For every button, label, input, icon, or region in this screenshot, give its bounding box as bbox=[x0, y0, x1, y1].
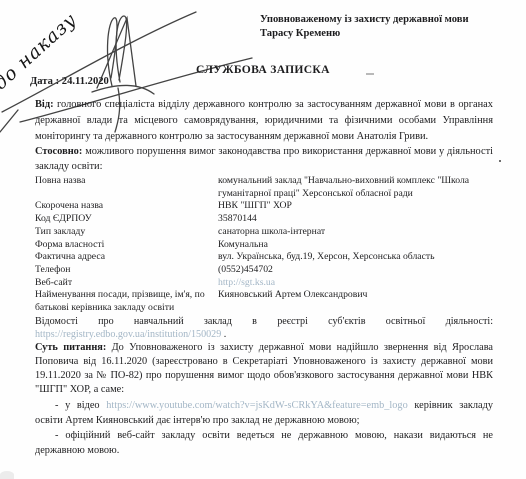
registry-text: Відомості про навчальний заклад в реєстр… bbox=[35, 316, 493, 327]
table-value: Кияновський Артем Олександрович bbox=[218, 289, 493, 314]
signature-stroke bbox=[116, 16, 126, 82]
registry-suffix: . bbox=[221, 329, 226, 340]
addressee-line: Тарасу Кременю bbox=[260, 27, 522, 41]
signature-stroke bbox=[108, 18, 117, 86]
date-line: Дата : 24.11.2020 bbox=[30, 76, 109, 87]
table-value: вул. Українська, буд.19, Херсон, Херсонс… bbox=[218, 251, 493, 264]
scan-speck bbox=[366, 73, 374, 75]
registry-link[interactable]: https://registry.edbo.gov.ua/institution… bbox=[35, 329, 221, 340]
table-value: санаторна школа-інтернат bbox=[218, 226, 493, 239]
strike-line bbox=[0, 110, 18, 132]
finding-text: - офіційний веб-сайт закладу освіти веде… bbox=[35, 430, 493, 456]
regarding-paragraph: Стосовно: можливого порушення вимог зако… bbox=[35, 145, 493, 174]
table-value: 35870144 bbox=[218, 213, 493, 226]
regarding-text: можливого порушення вимог законодавства … bbox=[35, 146, 493, 172]
subject-paragraph: Суть питання: До Уповноваженого із захис… bbox=[35, 341, 493, 398]
table-label: Тип закладу bbox=[35, 226, 218, 239]
finding-item-video: - у відео https://www.youtube.com/watch?… bbox=[35, 398, 493, 428]
table-value: (0552)454702 bbox=[218, 264, 493, 277]
scanned-memo-page: до наказу Уповноваженому із захисту держ… bbox=[0, 0, 526, 479]
from-label: Від: bbox=[35, 99, 54, 110]
table-label: Форма власності bbox=[35, 239, 218, 252]
scan-speck bbox=[499, 160, 501, 162]
table-label: Найменування посади, прізвище, ім'я, по … bbox=[35, 289, 218, 314]
document-title: СЛУЖБОВА ЗАПИСКА bbox=[196, 63, 330, 76]
addressee-line: Уповноваженому із захисту державної мови bbox=[260, 13, 522, 27]
institution-table: Повна назва комунальний заклад "Навчальн… bbox=[35, 175, 493, 315]
scan-smudge bbox=[0, 471, 14, 479]
website-link[interactable]: http://sgt.ks.ua bbox=[218, 277, 275, 288]
from-paragraph: Від: головного спеціаліста відділу держа… bbox=[35, 97, 493, 145]
finding-prefix: - у відео bbox=[55, 400, 106, 411]
table-label: Скорочена назва bbox=[35, 200, 218, 213]
subject-label: Суть питання: bbox=[35, 342, 106, 353]
registry-paragraph: Відомості про навчальний заклад в реєстр… bbox=[35, 315, 493, 341]
addressee-block: Уповноваженому із захисту державної мови… bbox=[260, 13, 522, 41]
table-label: Повна назва bbox=[35, 175, 218, 200]
table-label: Фактична адреса bbox=[35, 251, 218, 264]
table-label: Телефон bbox=[35, 264, 218, 277]
table-value: НВК "ШГП" ХОР bbox=[218, 200, 493, 213]
document-body: Від: головного спеціаліста відділу держа… bbox=[35, 97, 493, 458]
table-value: Комунальна bbox=[218, 239, 493, 252]
youtube-link[interactable]: https://www.youtube.com/watch?v=jsKdW-sC… bbox=[106, 400, 408, 411]
from-text: головного спеціаліста відділу державного… bbox=[35, 99, 493, 142]
table-label: Веб-сайт bbox=[35, 277, 218, 290]
table-label: Код ЄДРПОУ bbox=[35, 213, 218, 226]
table-value: http://sgt.ks.ua bbox=[218, 277, 493, 290]
regarding-label: Стосовно: bbox=[35, 146, 82, 157]
table-value: комунальний заклад "Навчально-виховний к… bbox=[218, 175, 493, 200]
finding-item-website: - офіційний веб-сайт закладу освіти веде… bbox=[35, 428, 493, 458]
